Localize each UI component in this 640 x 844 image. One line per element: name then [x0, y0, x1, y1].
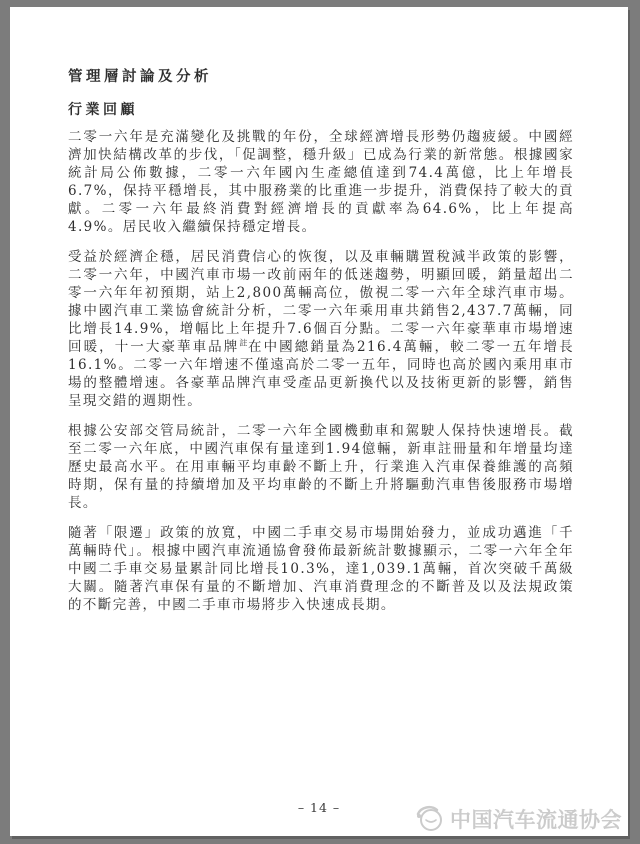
watermark: 中国汽车流通协会 [415, 804, 622, 834]
paragraph-macro-economy: 二零一六年是充滿變化及挑戰的年份，全球經濟增長形勢仍趨疲緩。中國經濟加快結構改革… [68, 128, 574, 236]
paragraph-text: 二零一六年是充滿變化及挑戰的年份，全球經濟增長形勢仍趨疲緩。中國經濟加快結構改革… [68, 129, 574, 235]
paragraph-text: 隨著「限遷」政策的放寬，中國二手車交易市場開始發力，並成功邁進「千萬輛時代」。根… [68, 525, 574, 613]
section-heading: 行業回顧 [68, 99, 138, 119]
screenshot-backdrop: 管理層討論及分析 行業回顧 二零一六年是充滿變化及挑戰的年份，全球經濟增長形勢仍… [0, 0, 640, 844]
footnote-marker: 註 [239, 339, 248, 348]
document-body: 二零一六年是充滿變化及挑戰的年份，全球經濟增長形勢仍趨疲緩。中國經濟加快結構改革… [68, 128, 574, 626]
document-page: 管理層討論及分析 行業回顧 二零一六年是充滿變化及挑戰的年份，全球經濟增長形勢仍… [10, 7, 628, 836]
paragraph-auto-market: 受益於經濟企穩，居民消費信心的恢復，以及車輛購置稅減半政策的影響，二零一六年，中… [68, 248, 574, 410]
page-title: 管理層討論及分析 [68, 65, 212, 86]
association-logo-icon [415, 804, 445, 834]
watermark-text: 中国汽车流通协会 [450, 804, 622, 834]
paragraph-used-car-market: 隨著「限遷」政策的放寬，中國二手車交易市場開始發力，並成功邁進「千萬輛時代」。根… [68, 524, 574, 614]
paragraph-text: 根據公安部交管局統計，二零一六年全國機動車和駕駛人保持快速增長。截至二零一六年底… [68, 423, 574, 511]
paragraph-vehicle-parc: 根據公安部交管局統計，二零一六年全國機動車和駕駛人保持快速增長。截至二零一六年底… [68, 422, 574, 512]
